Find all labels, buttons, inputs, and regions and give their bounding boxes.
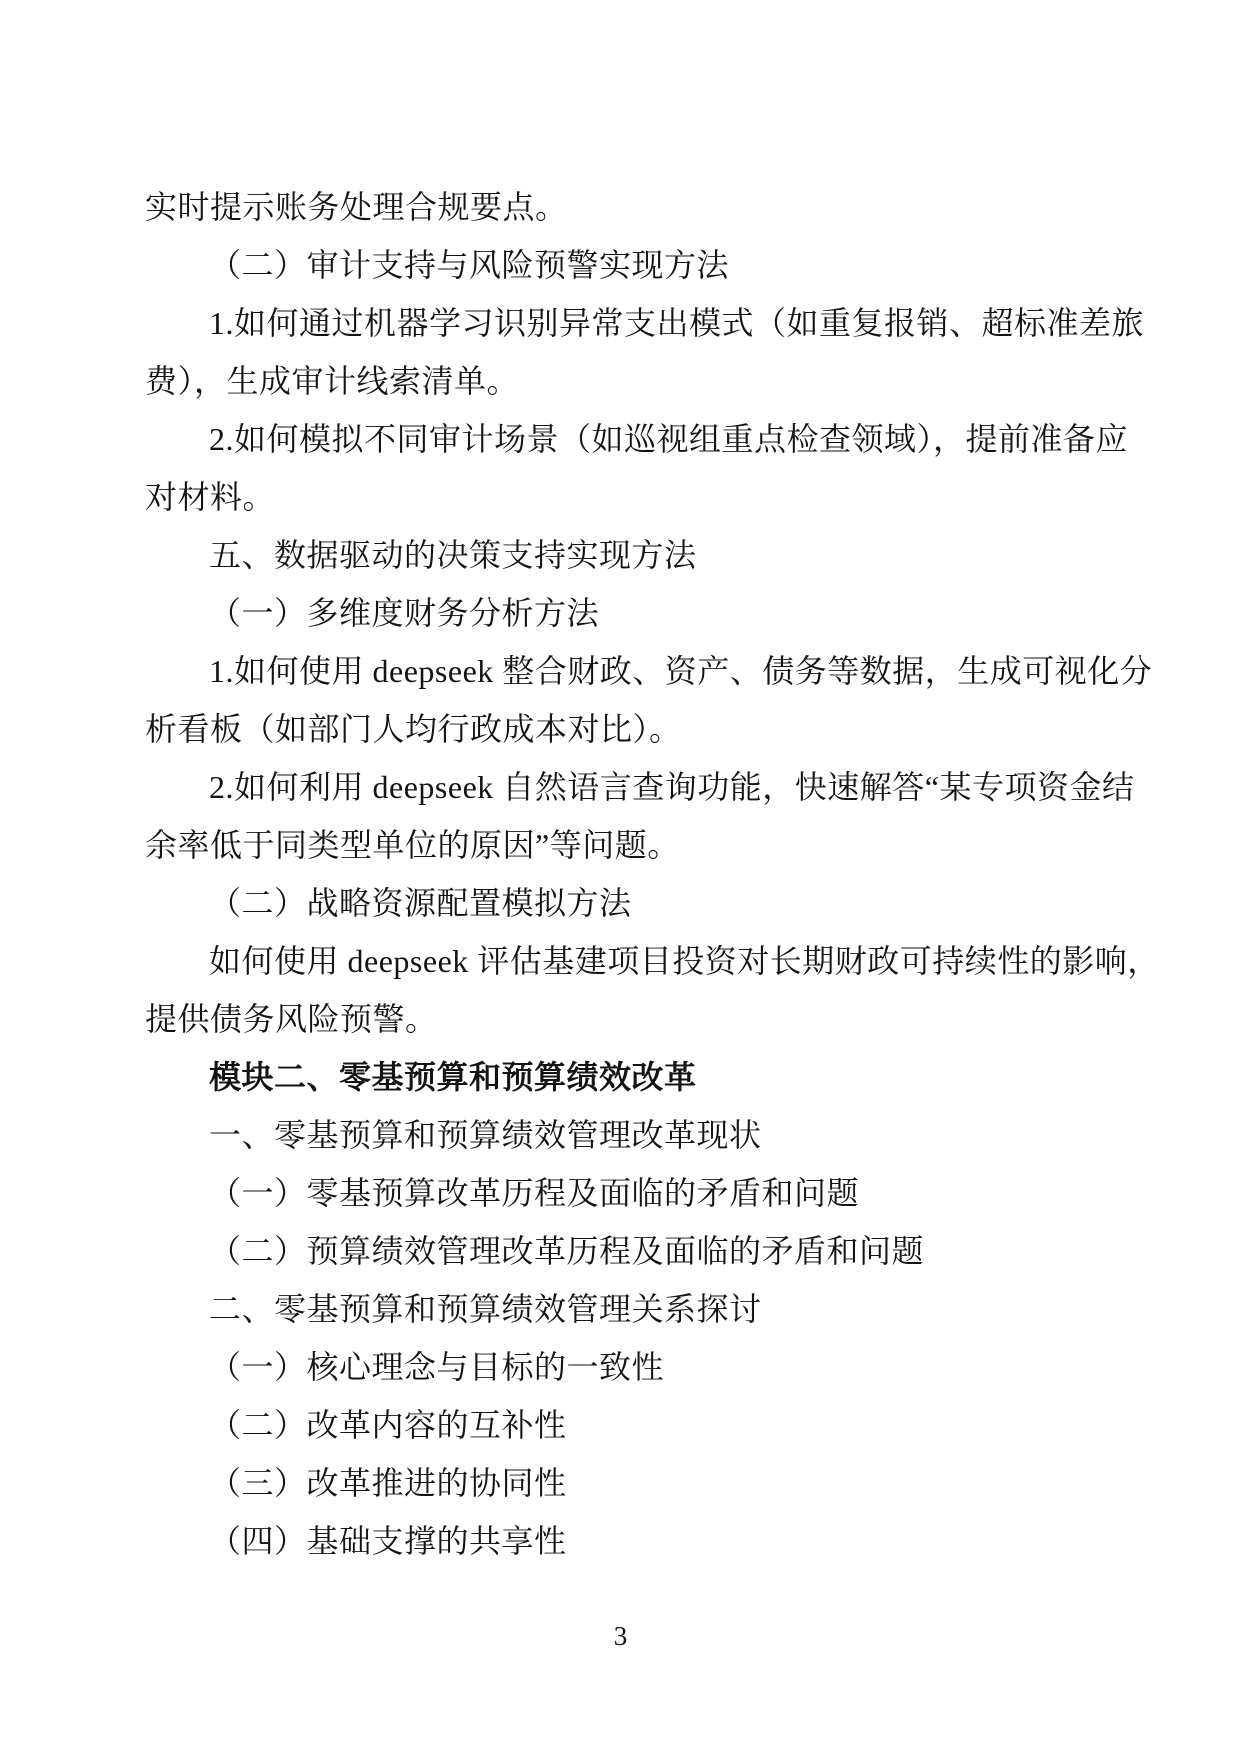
subsection-heading-1: （一）多维度财务分析方法: [145, 584, 1125, 642]
document-body: 实时提示账务处理合规要点。 （二）审计支持与风险预警实现方法 1.如何通过机器学…: [145, 178, 1125, 1570]
text-line-continuation: 提供债务风险预警。: [145, 990, 1125, 1048]
text-line-continuation: 实时提示账务处理合规要点。: [145, 178, 1125, 236]
subsection-heading-2: （二）审计支持与风险预警实现方法: [145, 236, 1125, 294]
numbered-item-1: 1.如何通过机器学习识别异常支出模式（如重复报销、超标准差旅: [145, 294, 1125, 352]
section-heading-5: 五、数据驱动的决策支持实现方法: [145, 526, 1125, 584]
text-line-continuation: 余率低于同类型单位的原因”等问题。: [145, 816, 1125, 874]
numbered-item-2: 2.如何模拟不同审计场景（如巡视组重点检查领域），提前准备应: [145, 410, 1125, 468]
subsection-heading-1: （一）零基预算改革历程及面临的矛盾和问题: [145, 1164, 1125, 1222]
subsection-heading-4: （四）基础支撑的共享性: [145, 1512, 1125, 1570]
subsection-heading-2: （二）战略资源配置模拟方法: [145, 874, 1125, 932]
text-line-continuation: 费），生成审计线索清单。: [145, 352, 1125, 410]
subsection-heading-1: （一）核心理念与目标的一致性: [145, 1338, 1125, 1396]
paragraph-line: 如何使用 deepseek 评估基建项目投资对长期财政可持续性的影响，: [145, 932, 1125, 990]
section-heading-2: 二、零基预算和预算绩效管理关系探讨: [145, 1280, 1125, 1338]
section-heading-1: 一、零基预算和预算绩效管理改革现状: [145, 1106, 1125, 1164]
subsection-heading-2: （二）改革内容的互补性: [145, 1396, 1125, 1454]
numbered-item-1: 1.如何使用 deepseek 整合财政、资产、债务等数据，生成可视化分: [145, 642, 1125, 700]
subsection-heading-2: （二）预算绩效管理改革历程及面临的矛盾和问题: [145, 1222, 1125, 1280]
page: 实时提示账务处理合规要点。 （二）审计支持与风险预警实现方法 1.如何通过机器学…: [0, 0, 1241, 1754]
module-2-heading: 模块二、零基预算和预算绩效改革: [145, 1048, 1125, 1106]
text-line-continuation: 对材料。: [145, 468, 1125, 526]
numbered-item-2: 2.如何利用 deepseek 自然语言查询功能，快速解答“某专项资金结: [145, 758, 1125, 816]
subsection-heading-3: （三）改革推进的协同性: [145, 1454, 1125, 1512]
page-number: 3: [0, 1618, 1241, 1654]
text-line-continuation: 析看板（如部门人均行政成本对比）。: [145, 700, 1125, 758]
document-page: { "document": { "kind": "scanned-trainin…: [0, 0, 1241, 1754]
